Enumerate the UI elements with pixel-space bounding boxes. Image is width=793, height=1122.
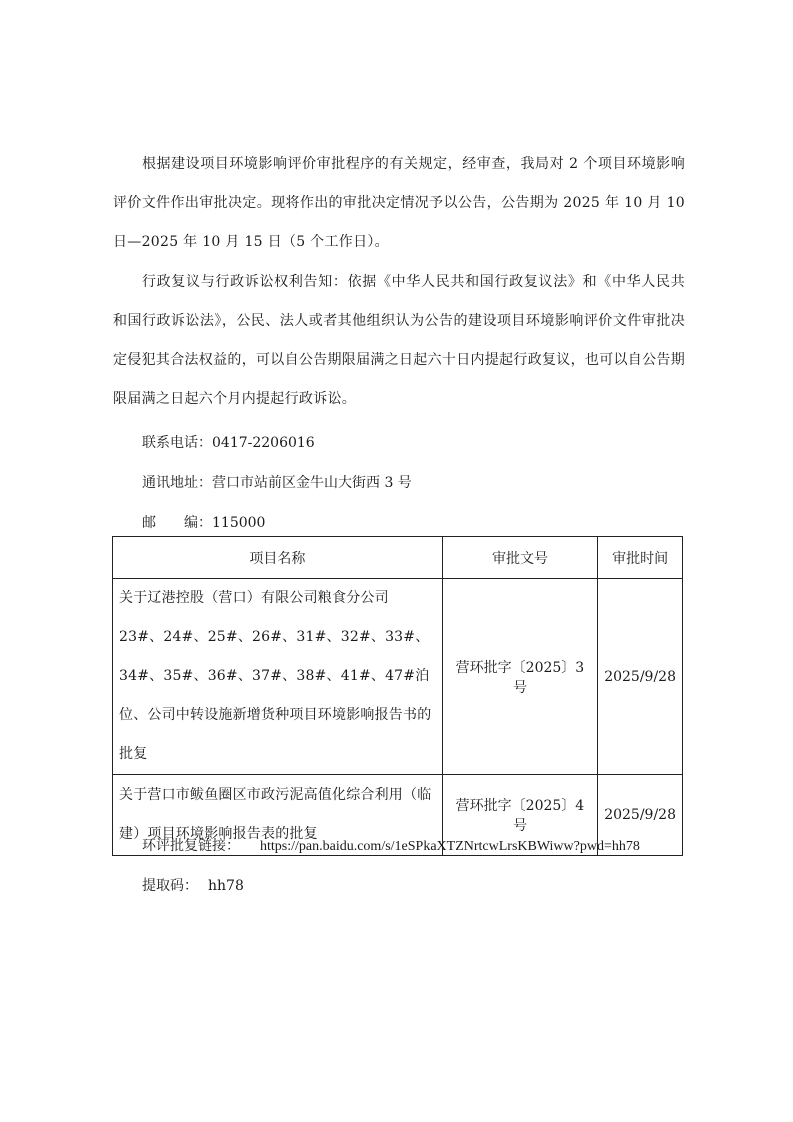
header-project-name: 项目名称 (113, 537, 443, 579)
extraction-code-value: hh78 (208, 878, 244, 894)
approval-link-url[interactable]: https://pan.baidu.com/s/1eSPkaXTZNrtcwLr… (260, 839, 640, 854)
intro-paragraph: 根据建设项目环境影响评价审批程序的有关规定，经审查，我局对 2 个项目环境影响评… (113, 145, 685, 262)
table-header-row: 项目名称 审批文号 审批时间 (113, 537, 683, 579)
contact-address: 通讯地址：营口市站前区金牛山大街西 3 号 (142, 473, 412, 493)
address-value: 营口市站前区金牛山大街西 3 号 (212, 475, 412, 491)
approval-date-cell: 2025/9/28 (598, 579, 683, 775)
doc-number-cell: 营环批字〔2025〕3 号 (442, 579, 597, 775)
phone-value: 0417-2206016 (212, 435, 315, 451)
contact-postcode: 邮 编：115000 (142, 513, 265, 533)
rights-notice-paragraph: 行政复议与行政诉讼权利告知：依据《中华人民共和国行政复议法》和《中华人民共和国行… (113, 263, 685, 419)
approvals-table: 项目名称 审批文号 审批时间 关于辽港控股（营口）有限公司粮食分公司 23#、2… (112, 536, 683, 856)
contact-phone: 联系电话：0417-2206016 (142, 433, 315, 453)
approval-link-line: 环评批复链接：https://pan.baidu.com/s/1eSPkaXTZ… (142, 836, 640, 857)
extraction-code-line: 提取码：hh78 (142, 876, 244, 896)
address-label: 通讯地址： (142, 475, 212, 491)
approval-link-label: 环评批复链接： (142, 838, 240, 854)
project-name-cell: 关于辽港控股（营口）有限公司粮食分公司 23#、24#、25#、26#、31#、… (113, 579, 443, 775)
header-doc-number: 审批文号 (442, 537, 597, 579)
extraction-code-label: 提取码： (142, 878, 198, 894)
table-row: 关于辽港控股（营口）有限公司粮食分公司 23#、24#、25#、26#、31#、… (113, 579, 683, 775)
postcode-label: 邮 编： (142, 515, 212, 531)
postcode-value: 115000 (212, 515, 265, 531)
phone-label: 联系电话： (142, 435, 212, 451)
header-approval-date: 审批时间 (598, 537, 683, 579)
